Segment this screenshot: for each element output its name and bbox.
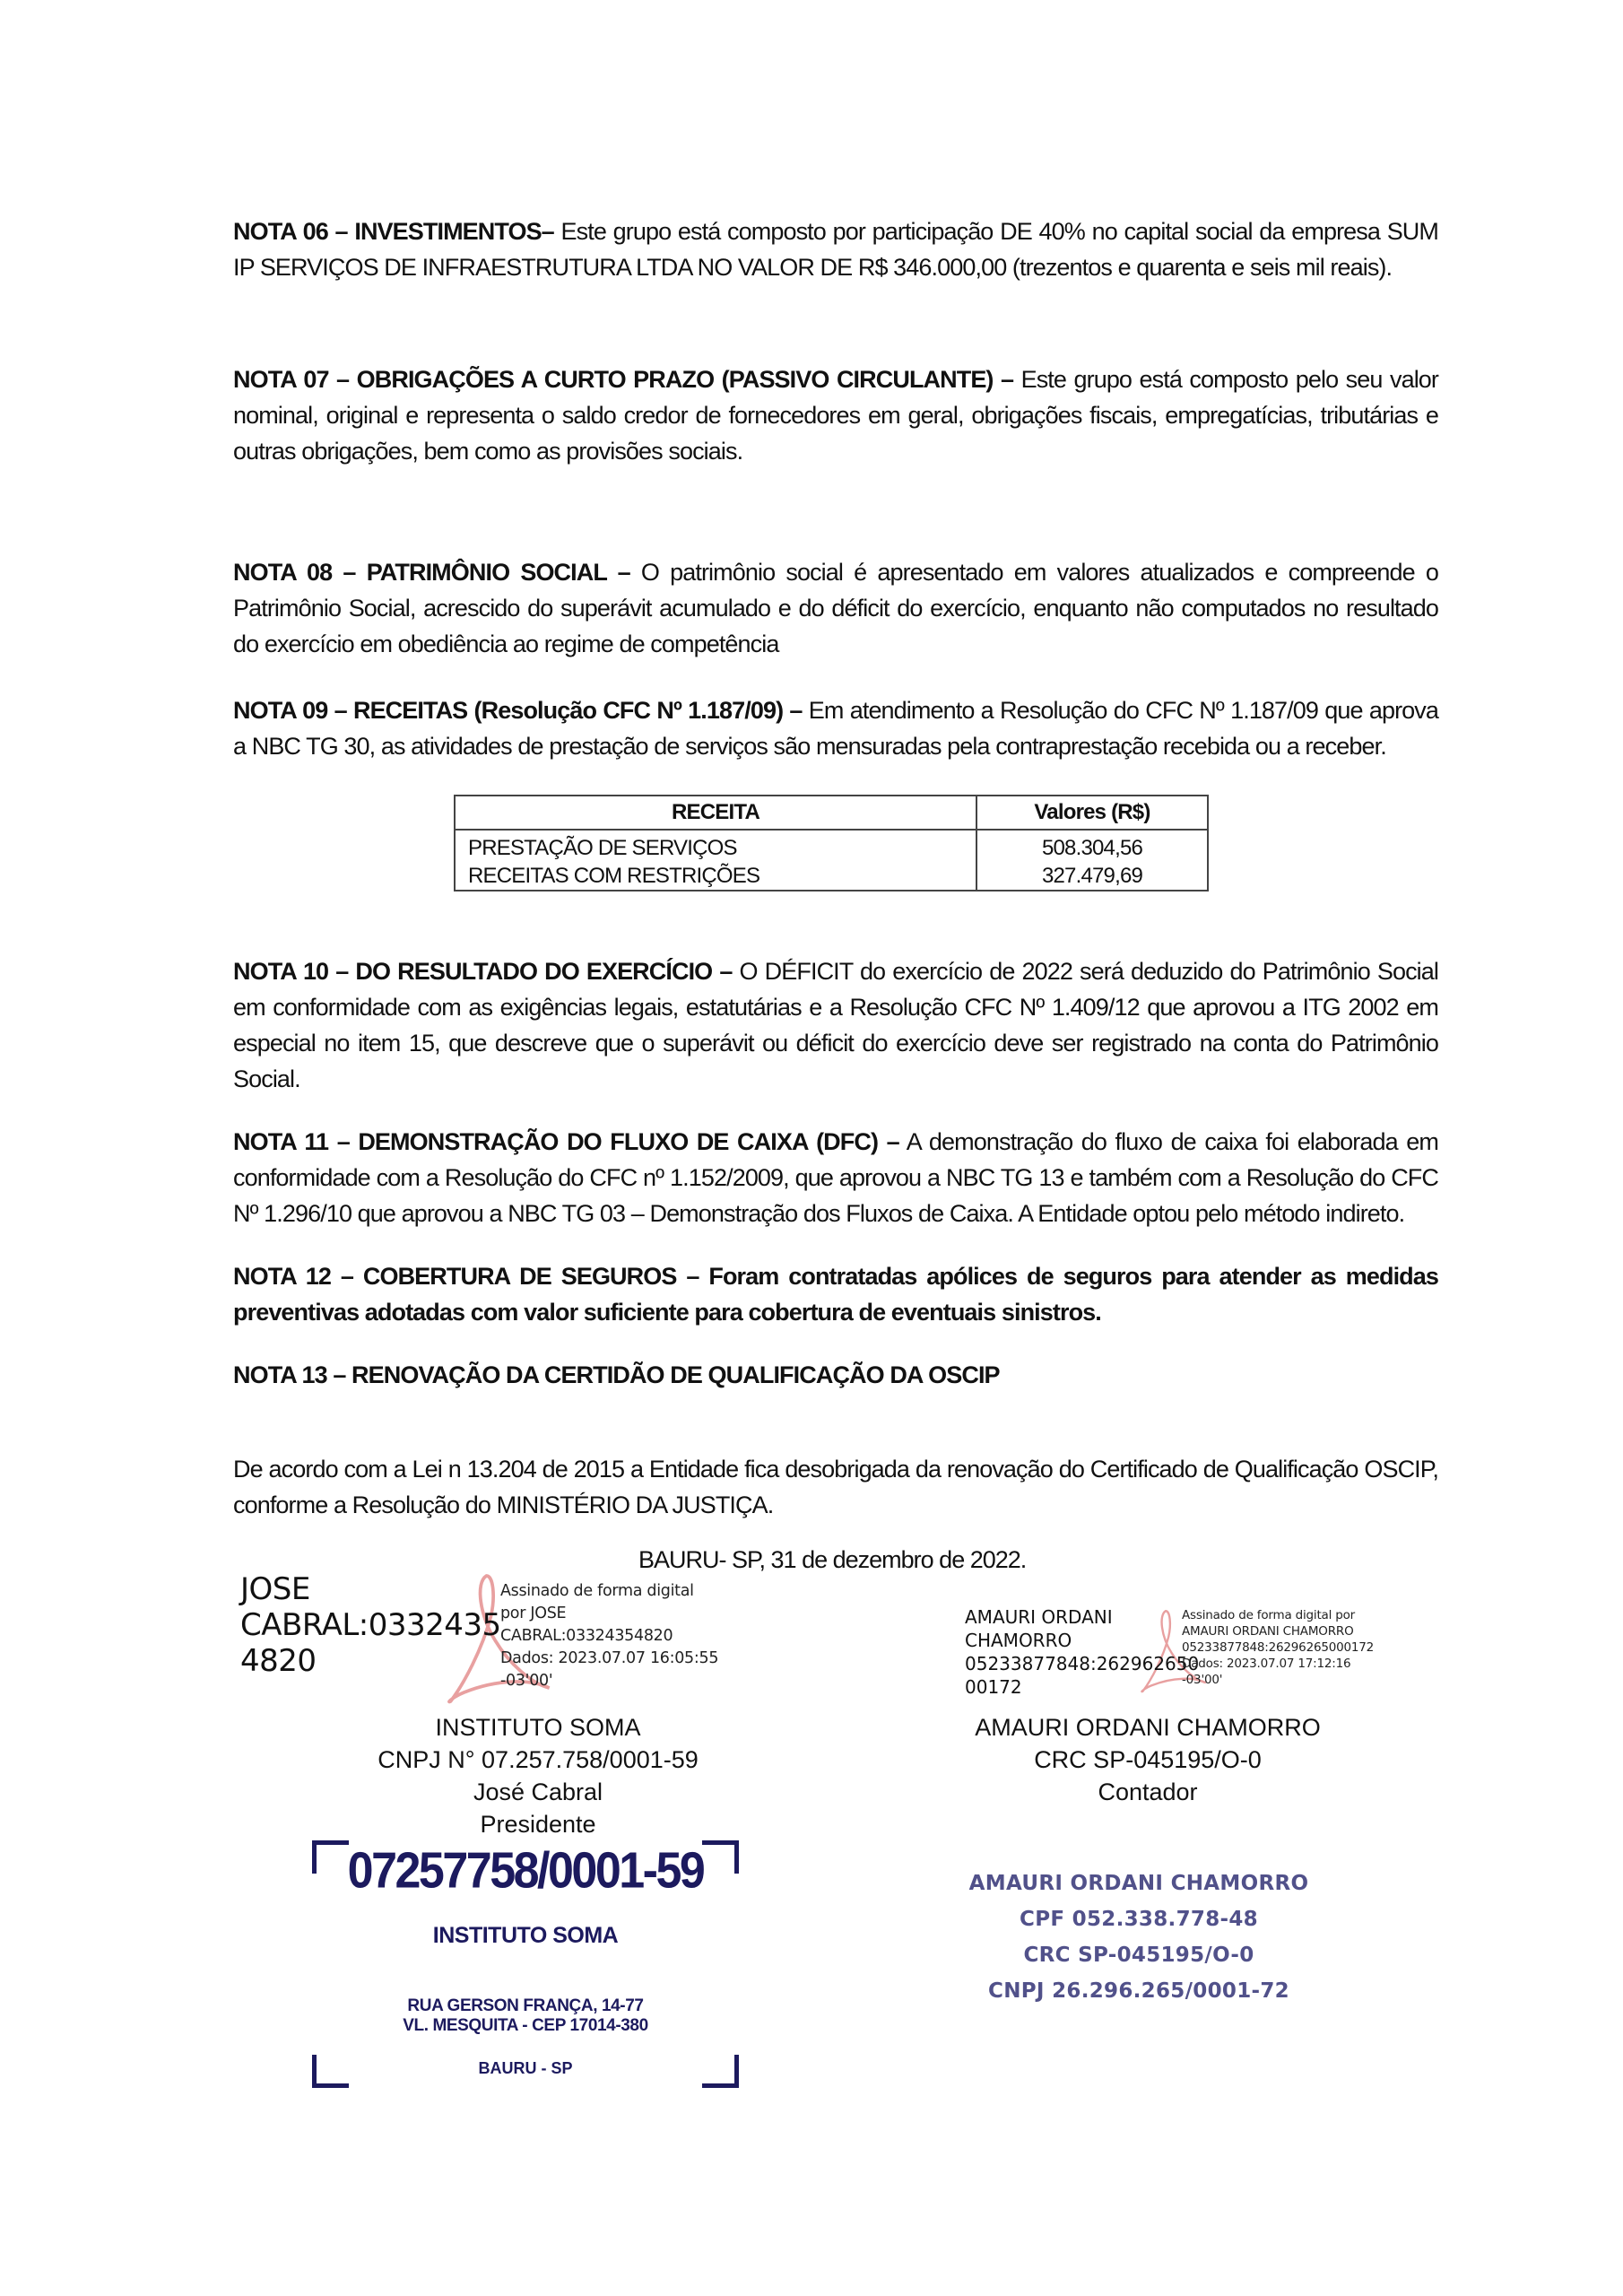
note-heading: NOTA 11 – DEMONSTRAÇÃO DO FLUXO DE CAIXA…: [233, 1128, 899, 1155]
org-name: INSTITUTO SOMA: [296, 1711, 780, 1744]
stamp-address: RUA GERSON FRANÇA, 14-77 VL. MESQUITA - …: [312, 1996, 739, 2036]
details-line: Dados: 2023.07.07 16:05:55: [500, 1648, 718, 1670]
signer-name-right: AMAURI ORDANI CHAMORRO 05233877848:26296…: [965, 1605, 1199, 1699]
table-row: PRESTAÇÃO DE SERVIÇOS 508.304,56: [455, 830, 1208, 862]
person-role: Contador: [924, 1776, 1372, 1808]
details-line: -03'00': [500, 1670, 718, 1692]
note-06: NOTA 06 – INVESTIMENTOS– Este grupo está…: [233, 213, 1438, 285]
note-heading: NOTA 10 – DO RESULTADO DO EXERCÍCIO –: [233, 958, 732, 985]
details-line: 05233877848:26296265000172: [1182, 1639, 1374, 1656]
note-08: NOTA 08 – PATRIMÔNIO SOCIAL – O patrimôn…: [233, 554, 1438, 662]
stamp-org: INSTITUTO SOMA: [312, 1923, 739, 1949]
note-09: NOTA 09 – RECEITAS (Resolução CFC Nº 1.1…: [233, 692, 1438, 764]
note-heading: NOTA 12 – COBERTURA DE SEGUROS –: [233, 1263, 699, 1290]
header-receita: RECEITA: [455, 796, 976, 830]
row-label: PRESTAÇÃO DE SERVIÇOS: [455, 830, 976, 862]
table-row: RECEITAS COM RESTRIÇÕES 327.479,69: [455, 862, 1208, 891]
details-line: -03'00': [1182, 1672, 1374, 1688]
signer-name-left: JOSE CABRAL:0332435 4820: [240, 1571, 501, 1679]
stamp-line: CNPJ 26.296.265/0001-72: [933, 1973, 1345, 2009]
signer-block-accountant: AMAURI ORDANI CHAMORRO CRC SP-045195/O-0…: [924, 1711, 1372, 1808]
signer-line: AMAURI ORDANI: [965, 1605, 1199, 1629]
org-cnpj: CNPJ N° 07.257.758/0001-59: [296, 1744, 780, 1776]
person-role: Presidente: [296, 1808, 780, 1840]
details-line: Assinado de forma digital: [500, 1580, 718, 1603]
table-header-row: RECEITA Valores (R$): [455, 796, 1208, 830]
note-heading: NOTA 07 – OBRIGAÇÕES A CURTO PRAZO (PASS…: [233, 366, 1013, 393]
signer-line: JOSE: [240, 1571, 501, 1607]
note-heading: NOTA 06 – INVESTIMENTOS–: [233, 218, 554, 245]
stamp-line: CPF 052.338.778-48: [933, 1901, 1345, 1937]
stamp-line: CRC SP-045195/O-0: [933, 1937, 1345, 1973]
address-line: RUA GERSON FRANÇA, 14-77: [312, 1996, 739, 2016]
note-heading: NOTA 13 – RENOVAÇÃO DA CERTIDÃO DE QUALI…: [233, 1361, 1000, 1388]
details-line: Dados: 2023.07.07 17:12:16: [1182, 1656, 1374, 1672]
note-12: NOTA 12 – COBERTURA DE SEGUROS – Foram c…: [233, 1258, 1438, 1330]
note-heading: NOTA 09 – RECEITAS (Resolução CFC Nº 1.1…: [233, 697, 803, 724]
header-valores: Valores (R$): [976, 796, 1208, 830]
stamp-city: BAURU - SP: [312, 2059, 739, 2078]
place-date: BAURU- SP, 31 de dezembro de 2022.: [638, 1546, 1026, 1574]
signature-details-right: Assinado de forma digital por AMAURI ORD…: [1182, 1607, 1374, 1688]
cnpj-stamp: 07257758/0001-59 INSTITUTO SOMA RUA GERS…: [312, 1839, 739, 2099]
details-line: AMAURI ORDANI CHAMORRO: [1182, 1623, 1374, 1639]
signer-line: CHAMORRO: [965, 1629, 1199, 1652]
signer-line: CABRAL:0332435: [240, 1607, 501, 1643]
signer-line: 00172: [965, 1675, 1199, 1699]
signature-details-left: Assinado de forma digital por JOSE CABRA…: [500, 1580, 718, 1692]
accountant-stamp: AMAURI ORDANI CHAMORRO CPF 052.338.778-4…: [933, 1865, 1345, 2009]
address-line: VL. MESQUITA - CEP 17014-380: [312, 2016, 739, 2036]
row-label: RECEITAS COM RESTRIÇÕES: [455, 862, 976, 891]
document-page: NOTA 06 – INVESTIMENTOS– Este grupo está…: [0, 0, 1623, 2296]
details-line: por JOSE: [500, 1603, 718, 1625]
note-13: NOTA 13 – RENOVAÇÃO DA CERTIDÃO DE QUALI…: [233, 1357, 1438, 1393]
person-name: José Cabral: [296, 1776, 780, 1808]
note-11: NOTA 11 – DEMONSTRAÇÃO DO FLUXO DE CAIXA…: [233, 1124, 1438, 1231]
note-heading: NOTA 08 – PATRIMÔNIO SOCIAL –: [233, 559, 630, 586]
crc-number: CRC SP-045195/O-0: [924, 1744, 1372, 1776]
details-line: Assinado de forma digital por: [1182, 1607, 1374, 1623]
signer-line: 4820: [240, 1643, 501, 1679]
revenue-table: RECEITA Valores (R$) PRESTAÇÃO DE SERVIÇ…: [454, 795, 1209, 891]
signer-block-president: INSTITUTO SOMA CNPJ N° 07.257.758/0001-5…: [296, 1711, 780, 1840]
signer-line: 05233877848:262962650: [965, 1652, 1199, 1675]
note-07: NOTA 07 – OBRIGAÇÕES A CURTO PRAZO (PASS…: [233, 361, 1438, 469]
details-line: CABRAL:03324354820: [500, 1625, 718, 1648]
row-value: 327.479,69: [976, 862, 1208, 891]
stamp-cnpj: 07257758/0001-59: [312, 1842, 739, 1900]
stamp-line: AMAURI ORDANI CHAMORRO: [933, 1865, 1345, 1901]
note-13-paragraph: De acordo com a Lei n 13.204 de 2015 a E…: [233, 1451, 1438, 1523]
person-name: AMAURI ORDANI CHAMORRO: [924, 1711, 1372, 1744]
row-value: 508.304,56: [976, 830, 1208, 862]
note-10: NOTA 10 – DO RESULTADO DO EXERCÍCIO – O …: [233, 953, 1438, 1097]
